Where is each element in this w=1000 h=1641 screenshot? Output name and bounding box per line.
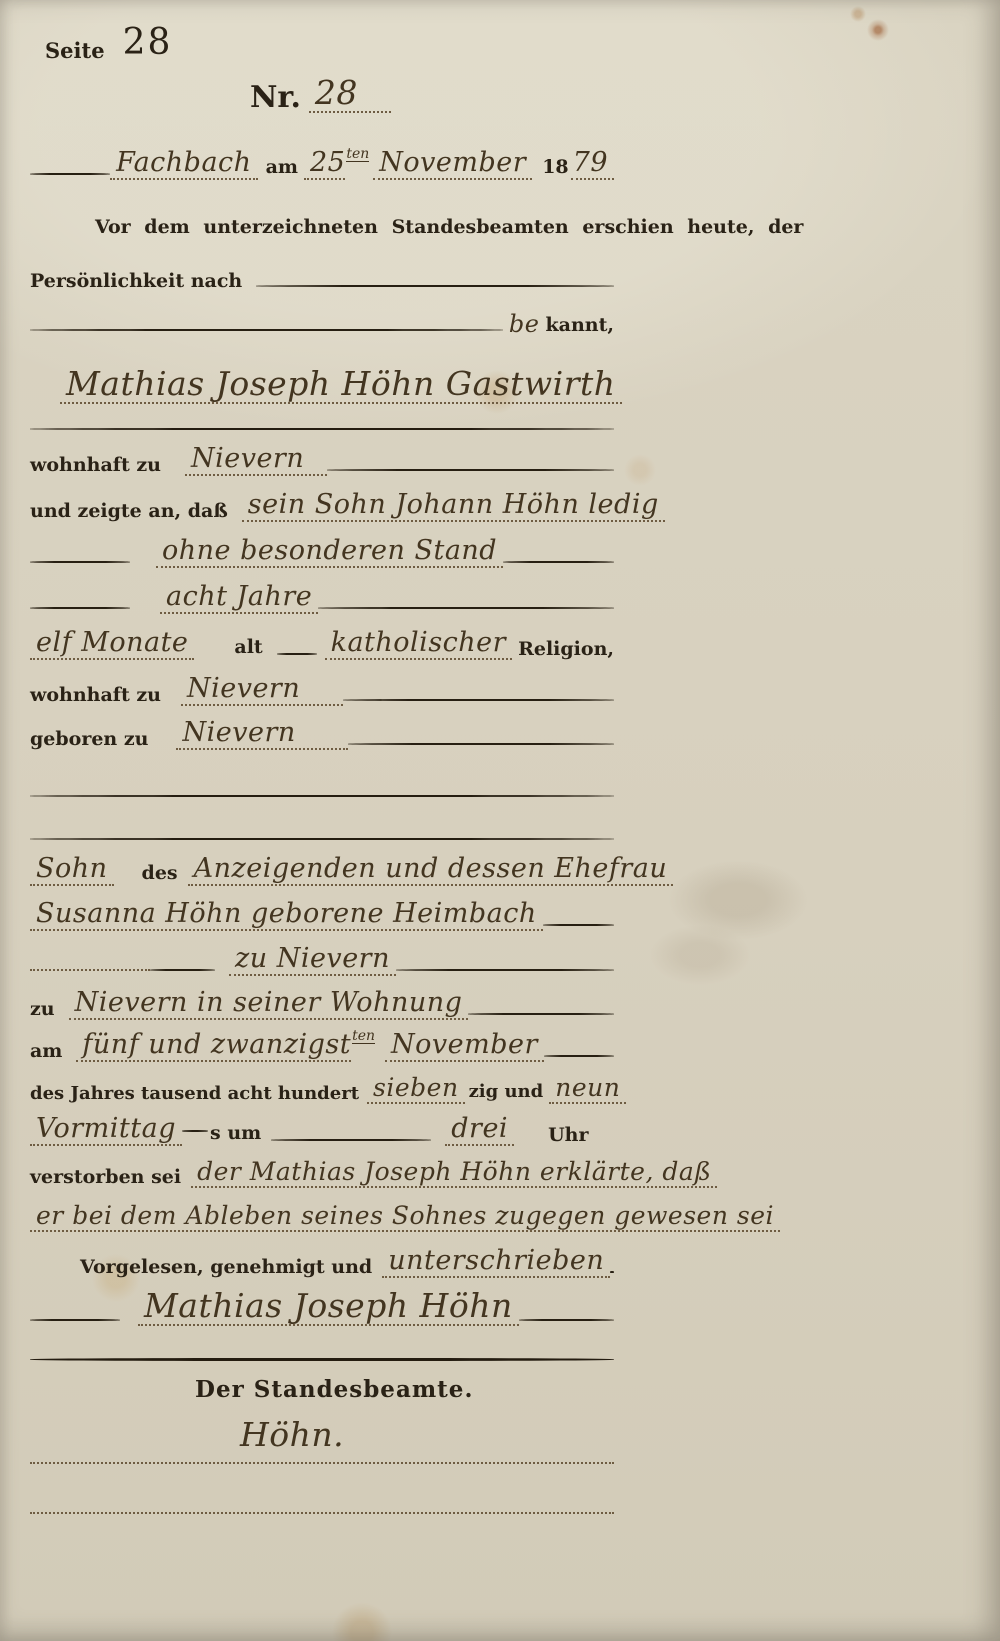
rule-line bbox=[30, 838, 614, 840]
parents-zu-place: zu Nievern bbox=[229, 945, 396, 976]
vorgelesen-label: Vorgelesen, genehmigt und bbox=[80, 1258, 372, 1278]
death-place-row: zu Nievern in seiner Wohnung bbox=[30, 982, 614, 1020]
rule-line bbox=[30, 795, 614, 797]
parents-row1: Sohn des Anzeigenden und dessen Ehefrau bbox=[30, 848, 614, 886]
death-month: November bbox=[385, 1031, 544, 1062]
death-date-row: am fünf und zwanzigst ten November bbox=[30, 1022, 614, 1062]
dateline-month: November bbox=[373, 149, 532, 180]
dateline-year-hand: 79 bbox=[571, 149, 614, 180]
dateline-row: Fachbach am 25 ten November 18 79 bbox=[30, 136, 614, 180]
dateline-year-printed: 18 bbox=[542, 158, 568, 178]
dateline-am-label: am bbox=[266, 158, 298, 178]
report-label: und zeigte an, daß bbox=[30, 502, 228, 522]
residence1-row: wohnhaft zu Nievern bbox=[30, 438, 614, 476]
parents-line1-rest: Anzeigenden und dessen Ehefrau bbox=[188, 855, 674, 886]
parents-place-row: zu Nievern bbox=[30, 938, 614, 976]
age-years-row: acht Jahre bbox=[30, 576, 614, 614]
vorgelesen-row: Vorgelesen, genehmigt und unterschrieben bbox=[30, 1240, 614, 1278]
birth-row: geboren zu Nievern bbox=[30, 712, 614, 750]
bekannt-hand: be bbox=[509, 312, 540, 336]
declarant-name: Mathias Joseph Höhn Gastwirth bbox=[60, 367, 622, 404]
death-register-page: Seite 28 Nr. 28 Fachbach am 25 ten Novem… bbox=[0, 0, 1000, 1641]
uhr-label: Uhr bbox=[548, 1126, 588, 1146]
age-years: acht Jahre bbox=[160, 583, 318, 614]
year-hand2: neun bbox=[549, 1075, 626, 1104]
rule-line bbox=[30, 1358, 614, 1361]
registrar-title-row: Der Standesbeamte. bbox=[195, 1378, 473, 1402]
intro-line2-row: Persönlichkeit nach bbox=[30, 258, 614, 292]
residence1-value: Nievern bbox=[185, 445, 327, 476]
time-printed: s um bbox=[210, 1124, 261, 1144]
statement2-row: er bei dem Ableben seines Sohnes zugegen… bbox=[30, 1194, 614, 1232]
year-printed-prefix: des Jahres tausend acht hundert bbox=[30, 1085, 359, 1104]
verstorben-row: verstorben sei der Mathias Joseph Höhn e… bbox=[30, 1150, 614, 1188]
age-months-row: elf Monate alt katholischer Religion, bbox=[30, 622, 614, 660]
religion-label: Religion, bbox=[518, 640, 614, 660]
hour-hand: drei bbox=[445, 1115, 514, 1146]
religion-value: katholischer bbox=[325, 629, 512, 660]
intro-line1-row: Vor dem unterzeichneten Standesbeamten e… bbox=[95, 218, 614, 238]
des-printed: des bbox=[142, 864, 178, 884]
death-am-label: am bbox=[30, 1042, 62, 1062]
death-day-suffix: ten bbox=[352, 1029, 375, 1044]
statement2: er bei dem Ableben seines Sohnes zugegen… bbox=[30, 1203, 780, 1232]
rule-line bbox=[30, 428, 614, 430]
residence2-value: Nievern bbox=[181, 675, 343, 706]
seite-label: Seite bbox=[45, 40, 105, 62]
nr-value: 28 bbox=[309, 76, 391, 113]
year-printed-mid: zig und bbox=[469, 1083, 544, 1102]
official-signature-row: Höhn. bbox=[240, 1418, 344, 1451]
death-zu-label: zu bbox=[30, 1000, 55, 1020]
unterschrieben-hand: unterschrieben bbox=[382, 1247, 610, 1278]
statement1: der Mathias Joseph Höhn erklärte, daß bbox=[191, 1159, 717, 1188]
intro-line1: Vor dem unterzeichneten Standesbeamten e… bbox=[95, 218, 803, 238]
residence2-label: wohnhaft zu bbox=[30, 686, 161, 706]
dateline-day: 25 bbox=[304, 149, 345, 180]
report-row: und zeigte an, daß sein Sohn Johann Höhn… bbox=[30, 484, 614, 522]
residence1-label: wohnhaft zu bbox=[30, 456, 161, 476]
sohn-hand: Sohn bbox=[30, 855, 114, 886]
dateline-place: Fachbach bbox=[110, 149, 257, 180]
mother-name: Susanna Höhn geborene Heimbach bbox=[30, 900, 543, 931]
age-months: elf Monate bbox=[30, 629, 194, 660]
declarant-signature: Mathias Joseph Höhn bbox=[138, 1289, 519, 1326]
death-day-words: fünf und zwanzigst bbox=[76, 1031, 351, 1062]
signature-row: Mathias Joseph Höhn bbox=[30, 1282, 614, 1326]
death-year-row: des Jahres tausend acht hundert sieben z… bbox=[30, 1066, 614, 1104]
mother-row: Susanna Höhn geborene Heimbach bbox=[30, 893, 614, 931]
year-hand1: sieben bbox=[367, 1075, 465, 1104]
bekannt-row: be kannt, bbox=[30, 302, 614, 336]
verstorben-label: verstorben sei bbox=[30, 1168, 181, 1188]
persoenlichkeit-label: Persönlichkeit nach bbox=[30, 272, 242, 292]
official-signature: Höhn. bbox=[240, 1418, 344, 1451]
seite-number: 28 bbox=[123, 24, 173, 62]
standesbeamte-label: Der Standesbeamte. bbox=[195, 1378, 473, 1402]
report-value: sein Sohn Johann Höhn ledig bbox=[242, 491, 665, 522]
dateline-day-suffix: ten bbox=[346, 147, 369, 162]
birth-label: geboren zu bbox=[30, 730, 148, 750]
stand-value: ohne besonderen Stand bbox=[156, 537, 503, 568]
page-number-row: Seite 28 bbox=[45, 24, 172, 62]
nr-label: Nr. bbox=[250, 82, 301, 114]
alt-label: alt bbox=[234, 638, 262, 658]
record-number-row: Nr. 28 bbox=[250, 76, 390, 113]
stand-row: ohne besonderen Stand bbox=[30, 530, 614, 568]
dotted-line bbox=[30, 1462, 614, 1464]
bekannt-printed: kannt, bbox=[546, 316, 615, 336]
birth-value: Nievern bbox=[176, 719, 348, 750]
declarant-row: Mathias Joseph Höhn Gastwirth bbox=[30, 352, 614, 404]
time-hand: Vormittag bbox=[30, 1115, 182, 1146]
death-time-row: Vormittag s um drei Uhr bbox=[30, 1106, 614, 1146]
residence2-row: wohnhaft zu Nievern bbox=[30, 668, 614, 706]
dotted-line bbox=[30, 1512, 614, 1514]
death-place-dwelling: Nievern in seiner Wohnung bbox=[69, 989, 469, 1020]
